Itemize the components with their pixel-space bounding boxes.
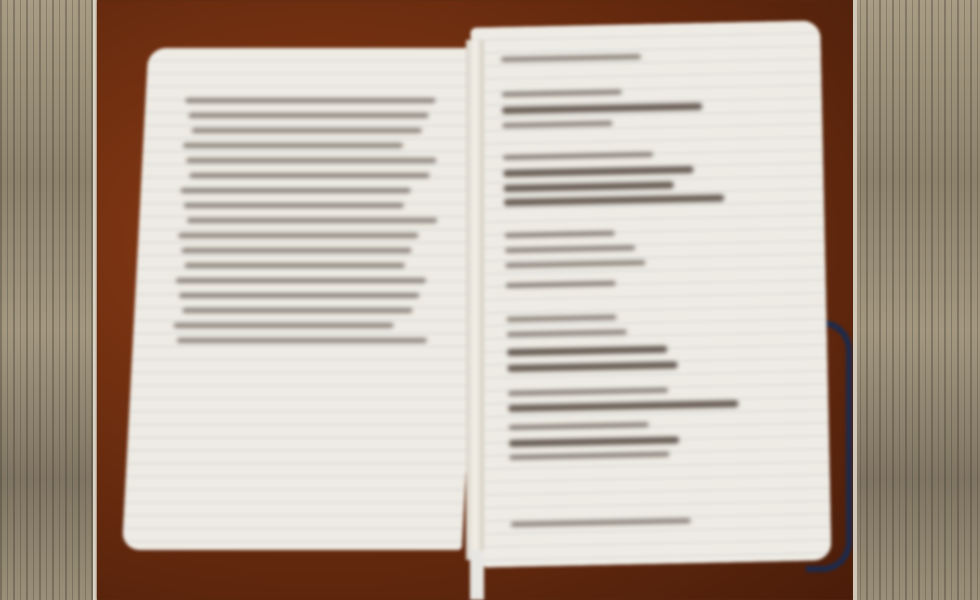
handwriting-line (506, 315, 616, 322)
handwriting-line (505, 260, 645, 268)
weathered-wood-plank-right (853, 0, 980, 600)
handwriting-line (506, 281, 616, 288)
handwriting-line (185, 98, 435, 103)
handwriting-line (502, 103, 702, 114)
handwriting-line (176, 278, 426, 283)
handwriting-line (509, 436, 679, 447)
handwriting-line (192, 128, 422, 133)
handwriting-line (509, 452, 669, 460)
handwriting-line (188, 113, 428, 118)
handwriting-line (501, 54, 641, 62)
bookmark-ribbon (470, 550, 484, 600)
handwriting-line (182, 308, 412, 313)
handwriting-line (179, 293, 419, 298)
handwriting-line (508, 400, 738, 412)
handwriting-line (504, 182, 674, 193)
handwriting-line (507, 361, 677, 372)
handwriting-line (181, 248, 411, 253)
handwriting-line (508, 388, 668, 396)
handwriting-line (503, 152, 653, 160)
handwriting-line (511, 518, 691, 527)
handwriting-line (185, 263, 405, 268)
handwriting-line (509, 422, 649, 430)
notebook-spine (466, 40, 484, 560)
handwriting-line (507, 346, 667, 356)
handwriting-line (183, 143, 403, 148)
handwriting-line (502, 90, 622, 98)
handwriting-line (504, 194, 724, 206)
handwriting-line (187, 218, 437, 223)
handwriting-line (507, 330, 627, 338)
handwriting-line (505, 245, 635, 253)
handwriting-line (178, 233, 418, 238)
handwriting-line (177, 338, 427, 343)
handwriting-line (173, 323, 393, 328)
handwriting-line (502, 121, 612, 128)
handwriting-line (181, 188, 411, 193)
open-notebook (0, 0, 980, 600)
handwriting-line (186, 158, 436, 163)
handwriting-line (503, 166, 693, 177)
left-page (122, 48, 488, 550)
handwriting-line (189, 173, 429, 178)
handwriting-line (505, 231, 615, 238)
right-page (470, 20, 831, 567)
handwriting-line (184, 203, 404, 208)
